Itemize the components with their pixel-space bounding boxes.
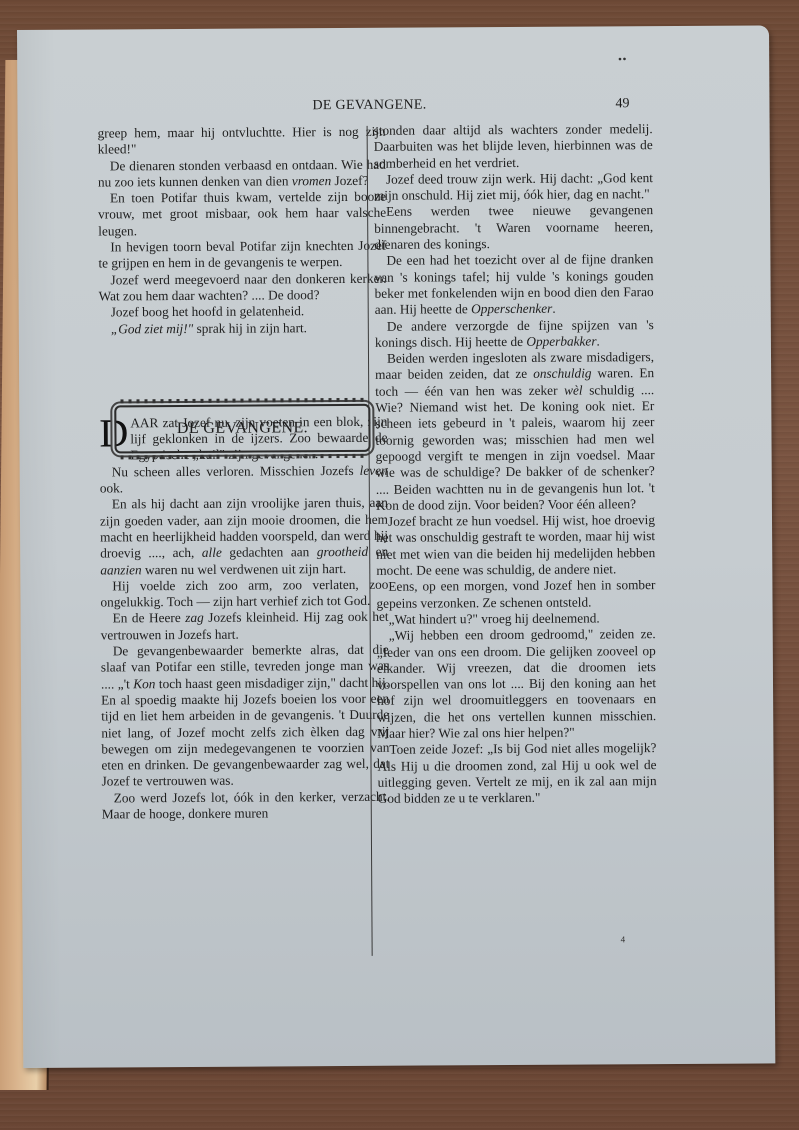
page-gutter-shadow [17, 30, 61, 1068]
paragraph: Jozef werd meegevoerd naar den donkeren … [98, 270, 386, 304]
paragraph: De andere verzorgde de fijne spijzen van… [375, 317, 654, 351]
paragraph: En de Heere zag Jozefs kleinheid. Hij za… [101, 609, 389, 643]
book-page: •• DE GEVANGENE. 49 greep hem, maar hij … [17, 25, 775, 1068]
paragraph: Jozef bracht ze hun voedsel. Hij wist, h… [376, 512, 655, 579]
paragraph: Toen zeide Jozef: „Is bij God niet alles… [377, 740, 656, 807]
paragraph: De gevangenbewaarder bemerkte alras, dat… [101, 642, 390, 790]
right-column: stonden daar altijd als wachters zonder … [374, 121, 657, 807]
paragraph: Hij voelde zich zoo arm, zoo verlaten, z… [100, 577, 388, 611]
section-title: DE GEVANGENE. [177, 419, 308, 438]
paragraph: En als hij dacht aan zijn vroolijke jare… [100, 495, 388, 578]
paragraph: Eens, op een morgen, vond Jozef hen in s… [376, 577, 655, 611]
paragraph: „Wat hindert u?" vroeg hij deelnemend. [377, 610, 656, 628]
paragraph: Beiden werden ingesloten als zware misda… [375, 349, 655, 514]
paragraph: De een had het toezicht over al de fijne… [374, 251, 653, 318]
paragraph: „God ziet mij!" sprak hij in zijn hart. [99, 319, 387, 337]
paragraph: „Wij hebben een droom gedroomd," zeiden … [377, 626, 657, 742]
paragraph: Jozef boog het hoofd in gelatenheid. [99, 303, 387, 321]
running-head: DE GEVANGENE. [312, 97, 426, 114]
paragraph: Jozef deed trouw zijn werk. Hij dacht: „… [374, 170, 653, 204]
paragraph: greep hem, maar hij ontvluchtte. Hier is… [98, 124, 386, 158]
corner-mark: •• [618, 54, 627, 65]
paragraph: Nu scheen alles verloren. Misschien Joze… [100, 462, 388, 496]
paragraph: In hevigen toorn beval Potifar zijn knec… [98, 238, 386, 272]
paragraph: Zoo werd Jozefs lot, óók in den kerker, … [102, 788, 390, 822]
paragraph: Eens werden twee nieuwe gevangenen binne… [374, 203, 653, 254]
page-number: 49 [615, 96, 629, 112]
paragraph: En toen Potifar thuis kwam, vertelde zij… [98, 189, 386, 240]
signature-mark: 4 [621, 934, 626, 944]
left-column: greep hem, maar hij ontvluchtte. Hier is… [98, 124, 390, 823]
paragraph: stonden daar altijd als wachters zonder … [374, 121, 653, 172]
paragraph: De dienaren stonden verbaasd en ontdaan.… [98, 156, 386, 190]
section-title-frame: DE GEVANGENE. [114, 404, 370, 454]
